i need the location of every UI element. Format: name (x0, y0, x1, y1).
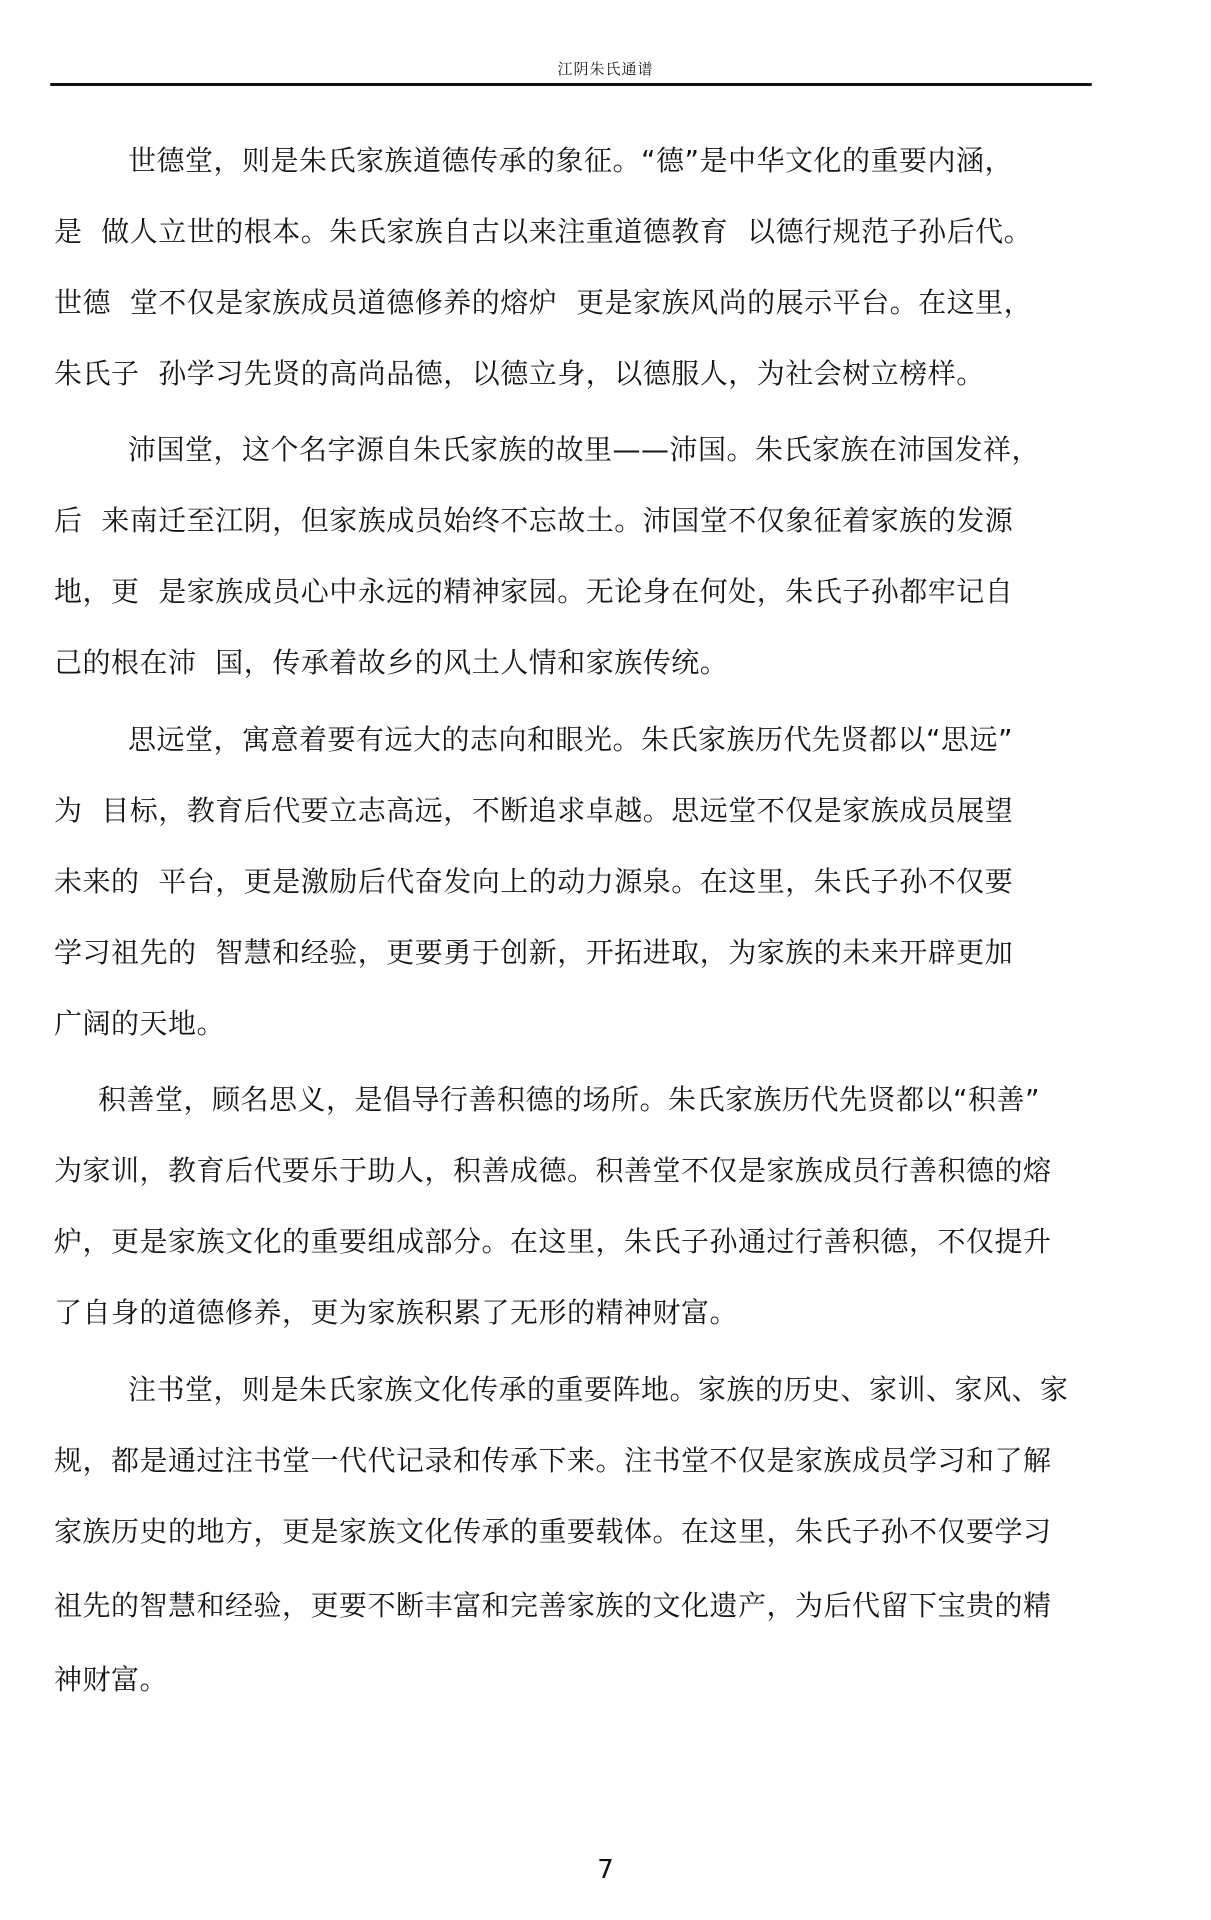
text-line: 沛国堂，这个名字源自朱氏家族的故里——沛国。朱氏家族在沛国发祥， (128, 432, 1040, 468)
text-line: 朱氏子 孙学习先贤的高尚品德，以德立身，以德服人，为社会树立榜样。 (54, 356, 985, 392)
text-line: 己的根在沛 国，传承着故乡的风土人情和家族传统。 (54, 645, 728, 681)
text-line: 神财富。 (54, 1662, 168, 1698)
text-line: 积善堂，顾名思义，是倡导行善积德的场所。朱氏家族历代先贤都以“积善” (98, 1082, 1040, 1118)
text-line: 世德堂，则是朱氏家族道德传承的象征。“德”是中华文化的重要内涵， (128, 143, 1013, 179)
text-line: 了自身的道德修养，更为家族积累了无形的精神财富。 (54, 1295, 738, 1331)
text-line: 祖先的智慧和经验，更要不断丰富和完善家族的文化遗产，为后代留下宝贵的精 (54, 1588, 1052, 1624)
text-line: 为家训，教育后代要乐于助人，积善成德。积善堂不仅是家族成员行善积德的熔 (54, 1153, 1052, 1189)
text-line: 注书堂，则是朱氏家族文化传承的重要阵地。家族的历史、家训、家风、家 (128, 1372, 1069, 1408)
text-line: 规，都是通过注书堂一代代记录和传承下来。注书堂不仅是家族成员学习和了解 (54, 1443, 1052, 1479)
text-line: 广阔的天地。 (54, 1006, 225, 1042)
text-line: 是 做人立世的根本。朱氏家族自古以来注重道德教育 以德行规范子孙后代。 (54, 214, 1032, 250)
text-line: 为 目标，教育后代要立志高远，不断追求卓越。思远堂不仅是家族成员展望 (54, 793, 1013, 829)
page-number: 7 (0, 1855, 1211, 1885)
text-line: 后 来南迁至江阴，但家族成员始终不忘故土。沛国堂不仅象征着家族的发源 (54, 503, 1013, 539)
header-divider (50, 83, 1092, 86)
text-line: 炉，更是家族文化的重要组成部分。在这里，朱氏子孙通过行善积德，不仅提升 (54, 1224, 1052, 1260)
text-line: 学习祖先的 智慧和经验，更要勇于创新，开拓进取，为家族的未来开辟更加 (54, 935, 1013, 971)
text-line: 未来的 平台，更是激励后代奋发向上的动力源泉。在这里，朱氏子孙不仅要 (54, 864, 1013, 900)
text-line: 家族历史的地方，更是家族文化传承的重要载体。在这里，朱氏子孙不仅要学习 (54, 1514, 1052, 1550)
text-line: 地，更 是家族成员心中永远的精神家园。无论身在何处，朱氏子孙都牢记自 (54, 574, 1013, 610)
text-line: 思远堂，寓意着要有远大的志向和眼光。朱氏家族历代先贤都以“思远” (128, 722, 1013, 758)
header-title: 江阴朱氏通谱 (0, 58, 1211, 79)
text-line: 世德 堂不仅是家族成员道德修养的熔炉 更是家族风尚的展示平台。在这里， (54, 285, 1032, 321)
